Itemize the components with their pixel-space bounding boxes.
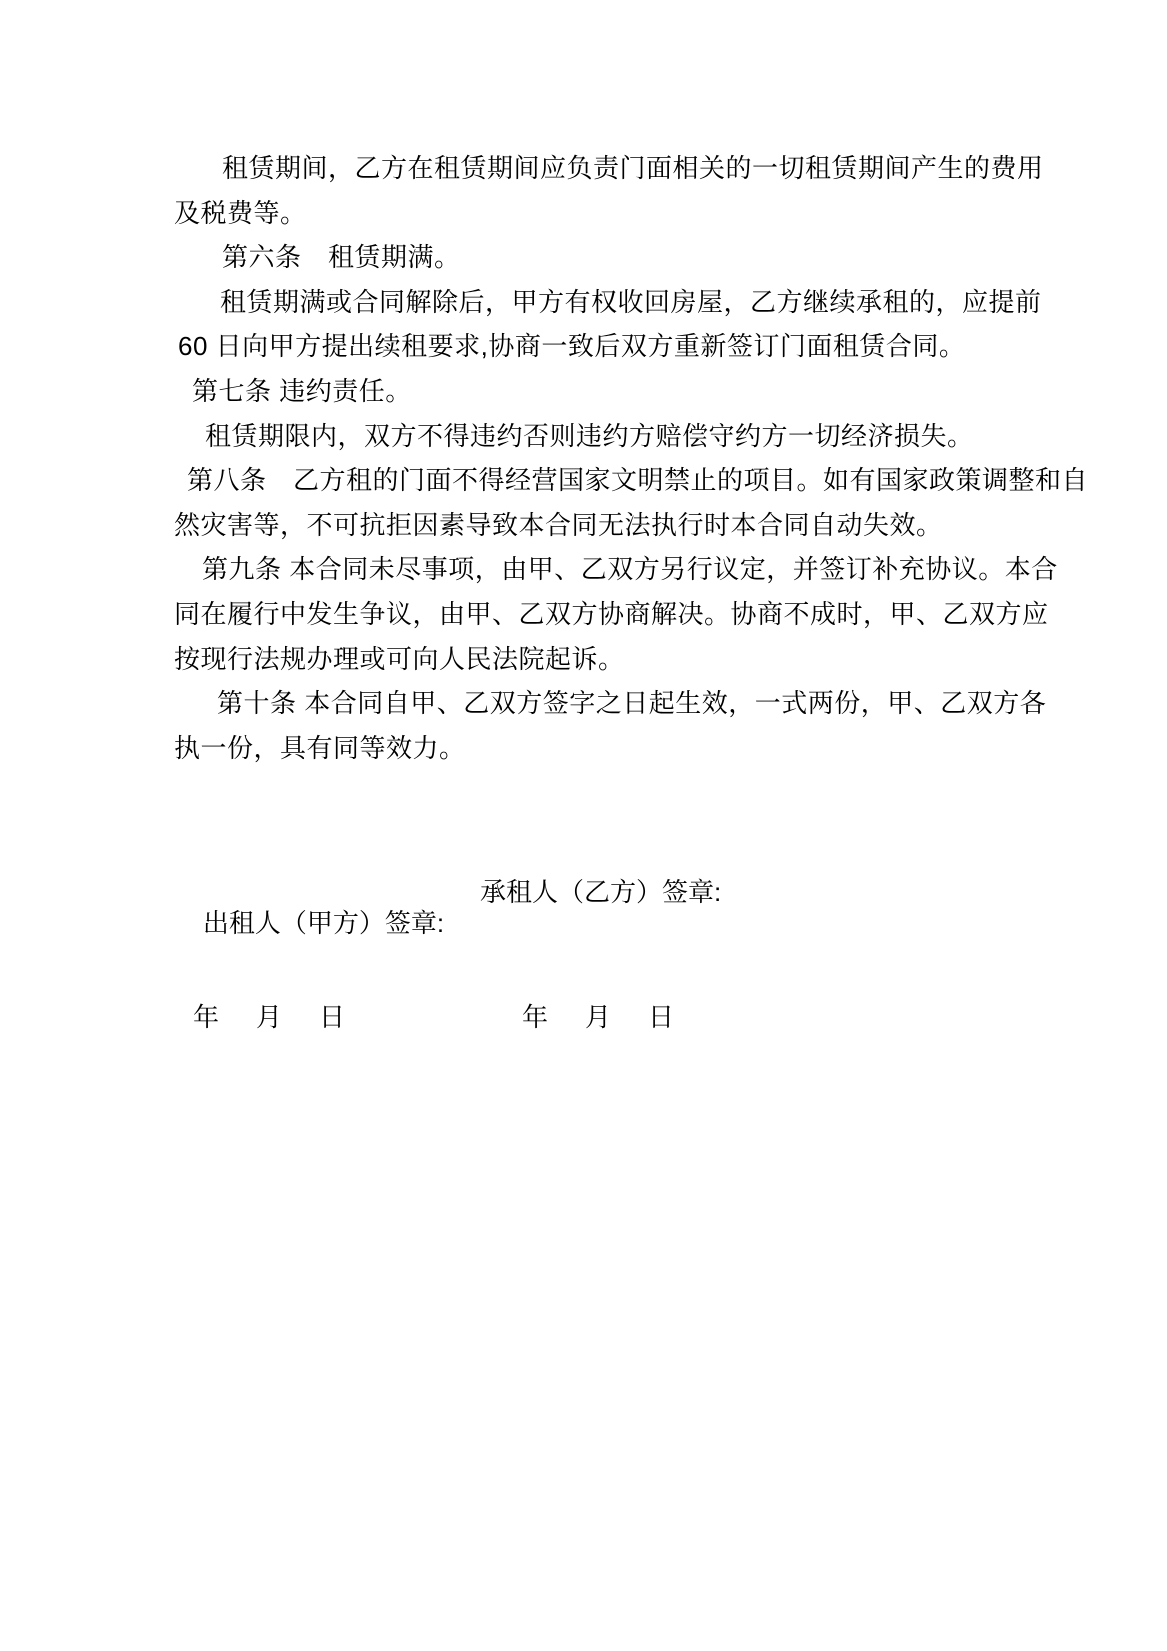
contract-line: 然灾害等，不可抗拒因素导致本合同无法执行时本合同自动失效。 xyxy=(174,503,1034,548)
contract-line: 60 日向甲方提出续租要求,协商一致后双方重新签订门面租赁合同。 xyxy=(174,324,1034,369)
month-label: 月 xyxy=(256,997,282,1034)
month-label: 月 xyxy=(585,997,611,1034)
contract-line: 同在履行中发生争议，由甲、乙双方协商解决。协商不成时，甲、乙双方应 xyxy=(174,592,1034,637)
clause-7-heading: 第七条 违约责任。 xyxy=(174,369,1034,414)
date-row: 年 月 日 年 月 日 xyxy=(174,997,1034,1037)
clause-9-line: 第九条 本合同未尽事项，由甲、乙双方另行议定，并签订补充协议。本合 xyxy=(174,547,1034,592)
contract-line: 执一份，具有同等效力。 xyxy=(174,726,1034,771)
contract-line: 租赁期限内，双方不得违约否则违约方赔偿守约方一切经济损失。 xyxy=(174,414,1034,459)
day-label: 日 xyxy=(648,997,674,1034)
year-label: 年 xyxy=(193,997,219,1034)
contract-line: 及税费等。 xyxy=(174,191,1034,236)
lessee-date-fields: 年 月 日 xyxy=(522,997,674,1034)
contract-body: 租赁期间，乙方在租赁期间应负责门面相关的一切租赁期间产生的费用 及税费等。 第六… xyxy=(174,146,1034,770)
lessor-signature-label: 出租人（甲方）签章: xyxy=(203,908,444,938)
clause-6-heading: 第六条 租赁期满。 xyxy=(174,235,1034,280)
clause-10-line: 第十条 本合同自甲、乙双方签字之日起生效，一式两份，甲、乙双方各 xyxy=(174,681,1034,726)
clause-8-line: 第八条 乙方租的门面不得经营国家文明禁止的项目。如有国家政策调整和自 xyxy=(174,458,1034,503)
day-label: 日 xyxy=(319,997,345,1034)
contract-line: 租赁期间，乙方在租赁期间应负责门面相关的一切租赁期间产生的费用 xyxy=(174,146,1034,191)
signature-row: 出租人（甲方）签章: 承租人（乙方）签章: xyxy=(174,872,1034,1002)
lessor-date-fields: 年 月 日 xyxy=(193,997,345,1034)
year-label: 年 xyxy=(522,997,548,1034)
contract-line: 按现行法规办理或可向人民法院起诉。 xyxy=(174,637,1034,682)
contract-page: 租赁期间，乙方在租赁期间应负责门面相关的一切租赁期间产生的费用 及税费等。 第六… xyxy=(0,0,1167,1651)
lessee-signature-label: 承租人（乙方）签章: xyxy=(480,872,721,909)
contract-line: 租赁期满或合同解除后，甲方有权收回房屋，乙方继续承租的，应提前 xyxy=(174,280,1034,325)
